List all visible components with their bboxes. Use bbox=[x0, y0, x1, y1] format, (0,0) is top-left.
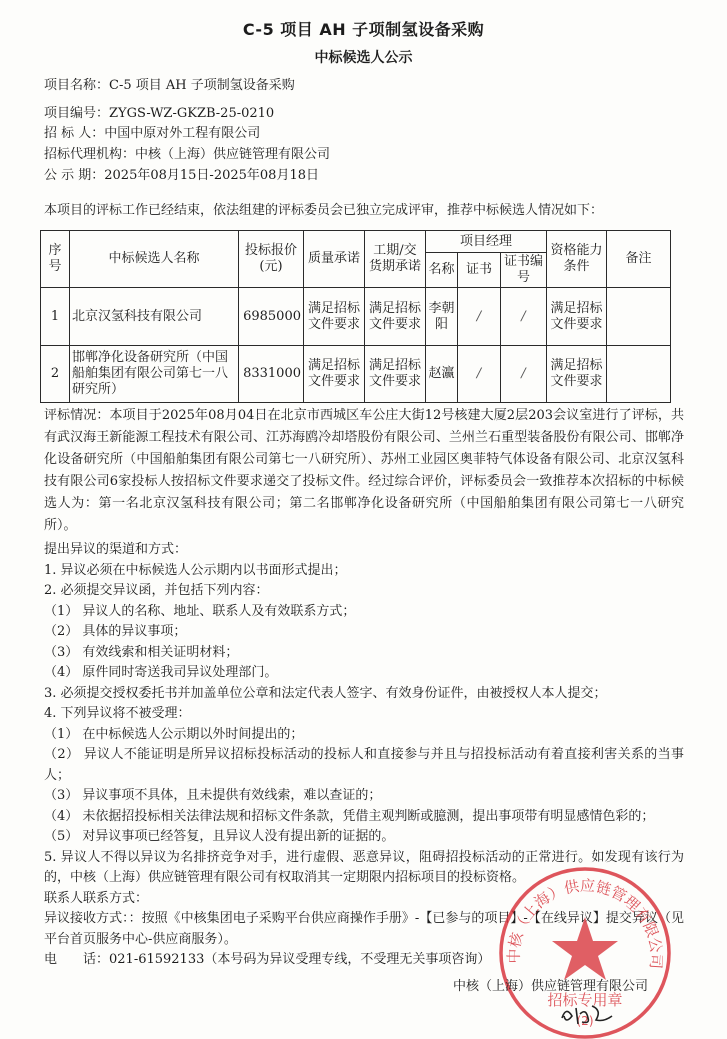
tenderer: 招 标 人：中国中原对外工程有限公司 bbox=[44, 126, 260, 142]
project-name: 项目名称：C-5 项目 AH 子项制氢设备采购 bbox=[44, 78, 295, 94]
project-number: 项目编号：ZYGS-WZ-GKZB-25-0210 bbox=[44, 106, 274, 122]
handwritten-signature-icon bbox=[558, 1000, 618, 1030]
objection-line: 2. 必须提交异议函，并包括下列内容： bbox=[44, 581, 684, 602]
header-pm-cert-no: 证书编号 bbox=[501, 253, 547, 288]
intro-text: 本项目的评标工作已经结束，依法组建的评标委员会已独立完成评审，推荐中标候选人情况… bbox=[44, 203, 603, 219]
objection-line: （2） 具体的异议事项； bbox=[44, 622, 684, 643]
cell-seq: 1 bbox=[41, 288, 70, 346]
header-remarks: 备注 bbox=[607, 231, 671, 288]
objection-line: （1） 异议人的名称、地址、联系人及有效联系方式； bbox=[44, 602, 684, 623]
cell-qualification: 满足招标文件要求 bbox=[547, 346, 607, 403]
objection-line: （4） 原件同时寄送我司异议处理部门。 bbox=[44, 663, 684, 684]
header-seq: 序号 bbox=[41, 231, 70, 288]
header-pm-cert: 证书 bbox=[458, 253, 501, 288]
objection-line: （2） 异议人不能证明是所异议招标投标活动的投标人和直接参与并且与招投标活动有着… bbox=[44, 745, 684, 786]
objection-line: （5） 对异议事项已经答复，且异议人没有提出新的证据的。 bbox=[44, 827, 684, 848]
cell-pm-cert-no: / bbox=[501, 288, 547, 346]
cell-remarks bbox=[607, 288, 671, 346]
objection-heading: 提出异议的渠道和方式： bbox=[44, 540, 684, 561]
table-row: 1 北京汉氢科技有限公司 6985000 满足招标文件要求 满足招标文件要求 李… bbox=[41, 288, 671, 346]
objection-line: （3） 异议事项不具体，且未提供有效线索，难以查证的； bbox=[44, 786, 684, 807]
cell-price: 8331000 bbox=[239, 346, 304, 403]
cell-pm-cert: / bbox=[458, 346, 501, 403]
document-title: C-5 项目 AH 子项制氢设备采购 bbox=[0, 17, 727, 40]
header-pm-group: 项目经理 bbox=[426, 231, 547, 253]
evaluation-text: 评标情况：本项目于2025年08月04日在北京市西城区车公庄大街12号核建大厦2… bbox=[44, 405, 684, 537]
objection-line: 4. 下列异议将不被受理： bbox=[44, 704, 684, 725]
cell-period: 满足招标文件要求 bbox=[365, 288, 426, 346]
objection-line: （4） 未依据招投标相关法律法规和招标文件条款，凭借主观判断或臆测，提出事项带有… bbox=[44, 807, 684, 828]
objection-line: 1. 异议必须在中标候选人公示期内以书面形式提出； bbox=[44, 561, 684, 582]
header-period: 工期/交货期承诺 bbox=[365, 231, 426, 288]
header-name: 中标候选人名称 bbox=[70, 231, 239, 288]
candidate-table: 序号 中标候选人名称 投标报价(元) 质量承诺 工期/交货期承诺 项目经理 资格… bbox=[40, 230, 671, 403]
header-pm-name: 名称 bbox=[426, 253, 458, 288]
objection-line: 3. 必须提交授权委托书并加盖单位公章和法定代表人签字、有效身份证件，由被授权人… bbox=[44, 684, 684, 705]
cell-quality: 满足招标文件要求 bbox=[304, 346, 365, 403]
cell-period: 满足招标文件要求 bbox=[365, 346, 426, 403]
cell-quality: 满足招标文件要求 bbox=[304, 288, 365, 346]
cell-pm-cert: / bbox=[458, 288, 501, 346]
cell-pm-name: 李朝阳 bbox=[426, 288, 458, 346]
cell-name: 北京汉氢科技有限公司 bbox=[70, 288, 239, 346]
cell-seq: 2 bbox=[41, 346, 70, 403]
cell-qualification: 满足招标文件要求 bbox=[547, 288, 607, 346]
document-subtitle: 中标候选人公示 bbox=[0, 47, 727, 67]
cell-remarks bbox=[607, 346, 671, 403]
signing-company: 中核（上海）供应链管理有限公司 bbox=[453, 975, 648, 994]
header-quality: 质量承诺 bbox=[304, 231, 365, 288]
objection-line: （1） 在中标候选人公示期以外时间提出的； bbox=[44, 725, 684, 746]
cell-pm-name: 赵瀛 bbox=[426, 346, 458, 403]
objection-line: （3） 有效线索和相关证明材料； bbox=[44, 643, 684, 664]
cell-pm-cert-no: / bbox=[501, 346, 547, 403]
cell-name: 邯郸净化设备研究所（中国船舶集团有限公司第七一八研究所） bbox=[70, 346, 239, 403]
cell-price: 6985000 bbox=[239, 288, 304, 346]
header-price: 投标报价(元) bbox=[239, 231, 304, 288]
publicity-period: 公 示 期：2025年08月15日-2025年08月18日 bbox=[44, 168, 319, 184]
header-qualification: 资格能力条件 bbox=[547, 231, 607, 288]
tender-agency: 招标代理机构：中核（上海）供应链管理有限公司 bbox=[44, 147, 330, 163]
table-row: 2 邯郸净化设备研究所（中国船舶集团有限公司第七一八研究所） 8331000 满… bbox=[41, 346, 671, 403]
